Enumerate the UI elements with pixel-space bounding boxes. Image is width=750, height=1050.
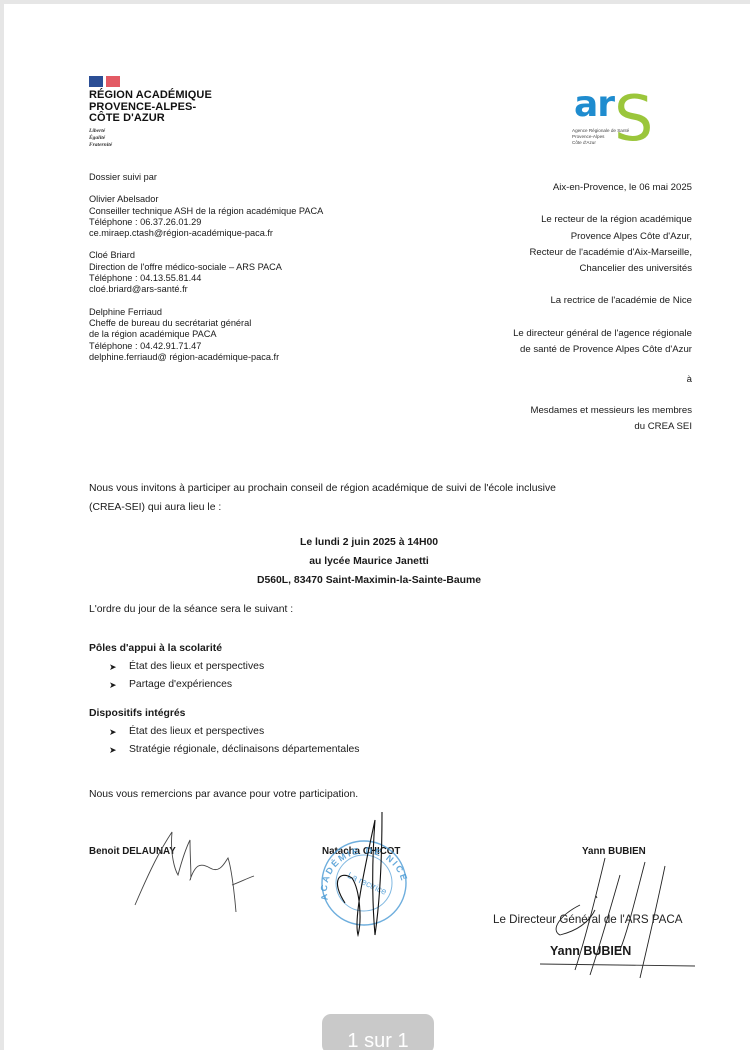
- agenda-item: ➤État des lieux et perspectives: [109, 723, 589, 741]
- ars-logo: ar S Agence Régionale de Santé Provence-…: [568, 90, 668, 154]
- sender-line: Provence Alpes Côte d'Azur,: [362, 229, 692, 245]
- agenda-item: ➤Stratégie régionale, déclinaisons dépar…: [109, 741, 589, 759]
- contact-phone: Téléphone : 04.42.91.71.47: [89, 341, 389, 352]
- arrow-bullet-icon: ➤: [109, 658, 117, 676]
- republic-motto: Liberté Égalité Fraternité: [89, 128, 112, 148]
- republic-flag-logo: [89, 76, 120, 87]
- agenda-section-title: Pôles d'appui à la scolarité: [89, 640, 589, 658]
- contact-role: Conseiller technique ASH de la région ac…: [89, 206, 389, 217]
- document-page: [4, 4, 750, 1050]
- contact-role: Direction de l'offre médico-sociale – AR…: [89, 262, 389, 273]
- agenda-list: ➤État des lieux et perspectives ➤Stratég…: [89, 723, 589, 759]
- contact-phone: Téléphone : 06.37.26.01.29: [89, 217, 389, 228]
- contact-person: Cloé Briard Direction de l'offre médico-…: [89, 250, 389, 295]
- event-address: D560L, 83470 Saint-Maximin-la-Sainte-Bau…: [89, 571, 649, 590]
- contact-phone: Téléphone : 04.13.55.81.44: [89, 273, 389, 284]
- contact-email[interactable]: delphine.ferriaud@ région-académique-pac…: [89, 352, 389, 363]
- event-details: Le lundi 2 juin 2025 à 14H00 au lycée Ma…: [89, 533, 649, 590]
- ars-logo-subtitle: Agence Régionale de Santé Provence-Alpes…: [572, 128, 629, 146]
- region-title: RÉGION ACADÉMIQUE PROVENCE-ALPES- CÔTE D…: [89, 90, 212, 125]
- signatory-name: Benoit DELAUNAY: [89, 846, 176, 857]
- sender-line: Le recteur de la région académique: [362, 212, 692, 228]
- letter-date: Aix-en-Provence, le 06 mai 2025: [362, 180, 692, 196]
- closing-thanks: Nous vous remercions par avance pour vot…: [89, 789, 358, 800]
- intro-line: (CREA-SEI) qui aura lieu le :: [89, 498, 699, 517]
- contact-email[interactable]: cloé.briard@ars-santé.fr: [89, 284, 389, 295]
- ars-logo-ar: ar: [574, 84, 614, 125]
- flag-blue: [89, 76, 103, 87]
- contact-person: Delphine Ferriaud Cheffe de bureau du se…: [89, 307, 389, 363]
- contact-role: de la région académique PACA: [89, 329, 389, 340]
- intro-paragraph: Nous vous invitons à participer au proch…: [89, 479, 699, 517]
- agenda-intro: L'ordre du jour de la séance sera le sui…: [89, 604, 293, 615]
- contact-name: Delphine Ferriaud: [89, 307, 389, 318]
- agenda-list: ➤État des lieux et perspectives ➤Partage…: [89, 658, 589, 694]
- arrow-bullet-icon: ➤: [109, 723, 117, 741]
- agenda-item: ➤Partage d'expériences: [109, 676, 589, 694]
- agenda-item: ➤État des lieux et perspectives: [109, 658, 589, 676]
- recipient-line: du CREA SEI: [362, 419, 692, 435]
- recipient-line: Mesdames et messieurs les membres: [362, 403, 692, 419]
- sender-line: La rectrice de l'académie de Nice: [362, 293, 692, 309]
- flag-red: [106, 76, 120, 87]
- sender-line: de santé de Provence Alpes Côte d'Azur: [362, 342, 692, 358]
- contact-name: Cloé Briard: [89, 250, 389, 261]
- address-block: Aix-en-Provence, le 06 mai 2025 Le recte…: [362, 180, 692, 435]
- sender-line: Le directeur général de l'agence régiona…: [362, 326, 692, 342]
- signatory-name: Natacha CHICOT: [322, 846, 400, 857]
- arrow-bullet-icon: ➤: [109, 676, 117, 694]
- to-word: à: [362, 372, 692, 388]
- agenda-section-title: Dispositifs intégrés: [89, 705, 589, 723]
- sender-line: Chancelier des universités: [362, 261, 692, 277]
- event-venue: au lycée Maurice Janetti: [89, 552, 649, 571]
- page-indicator: 1 sur 1: [322, 1014, 434, 1050]
- signatory-title: Le Directeur Général de l'ARS PACA: [493, 913, 683, 926]
- contact-email[interactable]: ce.miraep.ctash@région-académique-paca.f…: [89, 228, 389, 239]
- contacts-heading: Dossier suivi par: [89, 172, 389, 183]
- contact-person: Olivier Abelsador Conseiller technique A…: [89, 194, 389, 239]
- intro-line: Nous vous invitons à participer au proch…: [89, 479, 699, 498]
- arrow-bullet-icon: ➤: [109, 741, 117, 759]
- agenda: Pôles d'appui à la scolarité ➤État des l…: [89, 640, 589, 770]
- contact-name: Olivier Abelsador: [89, 194, 389, 205]
- contact-role: Cheffe de bureau du secrétariat général: [89, 318, 389, 329]
- signatory-name: Yann BUBIEN: [582, 846, 646, 857]
- sender-line: Recteur de l'académie d'Aix-Marseille,: [362, 245, 692, 261]
- event-date: Le lundi 2 juin 2025 à 14H00: [89, 533, 649, 552]
- contacts-block: Dossier suivi par Olivier Abelsador Cons…: [89, 172, 389, 374]
- signatory-name-2: Yann BUBIEN: [550, 944, 631, 958]
